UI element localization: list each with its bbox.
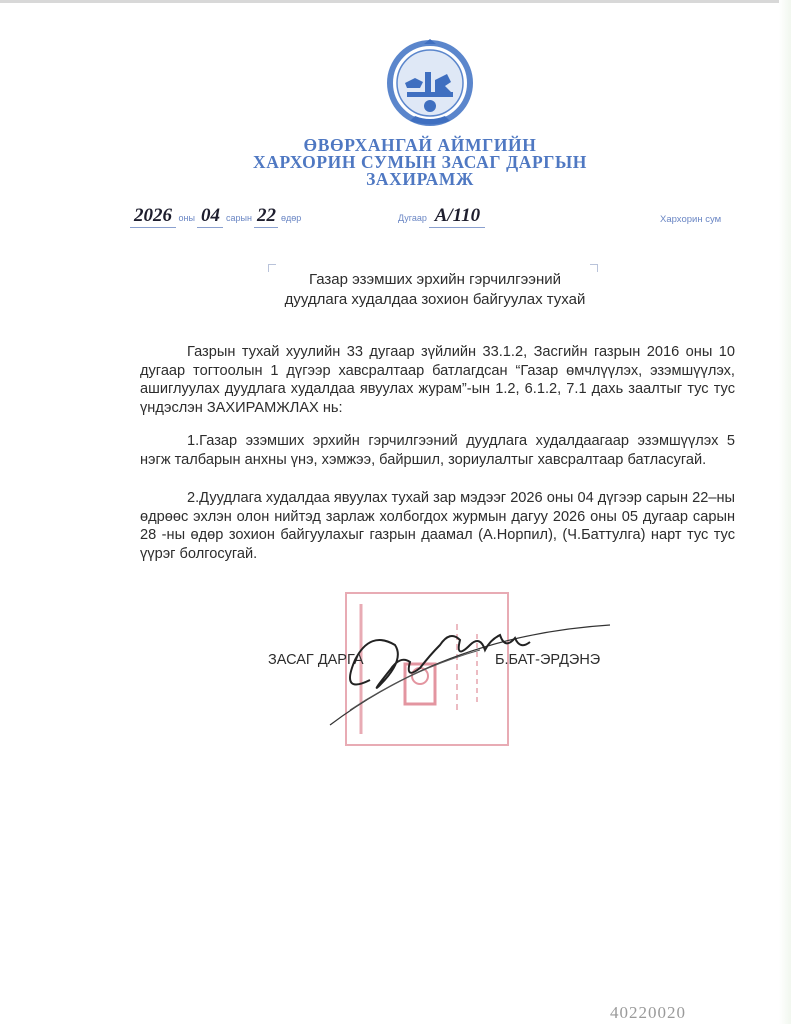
place-label: Хархорин сум: [660, 214, 721, 225]
issuer-header: ӨВӨРХАНГАЙ АЙМГИЙН ХАРХОРИН СУМЫН ЗАСАГ …: [200, 137, 640, 188]
header-line: ЗАХИРАМЖ: [200, 171, 640, 188]
title-line: дуудлага худалдаа зохион байгуулах тухай: [245, 290, 625, 310]
date-year: 2026: [130, 205, 176, 228]
title-line: Газар эзэмших эрхийн гэрчилгээний: [245, 270, 625, 290]
scan-edge-right: [779, 0, 791, 1024]
date-day-label: өдөр: [281, 213, 301, 223]
date-day: 22: [254, 205, 278, 228]
date-line: 2026 оны 04 сарын 22 өдөр: [130, 205, 301, 228]
handwritten-signature-icon: [310, 600, 630, 740]
clause-2: 2.Дуудлага худалдаа явуулах тухай зар мэ…: [140, 489, 735, 563]
number-value: А/110: [429, 205, 485, 228]
date-month-label: сарын: [226, 213, 252, 223]
number-line: Дугаар А/110: [398, 205, 485, 228]
document-title: Газар эзэмших эрхийн гэрчилгээний дуудла…: [245, 270, 625, 310]
document-serial-number: 40220020: [610, 1003, 686, 1023]
clause-1: 1.Газар эзэмших эрхийн гэрчилгээний дууд…: [140, 432, 735, 469]
state-emblem-icon: [385, 36, 475, 128]
preamble-paragraph: Газрын тухай хуулийн 33 дугаар зүйлийн 3…: [140, 343, 735, 417]
date-month: 04: [197, 205, 223, 228]
date-year-label: оны: [179, 213, 195, 223]
number-label: Дугаар: [398, 213, 427, 223]
scan-edge: [0, 0, 791, 3]
